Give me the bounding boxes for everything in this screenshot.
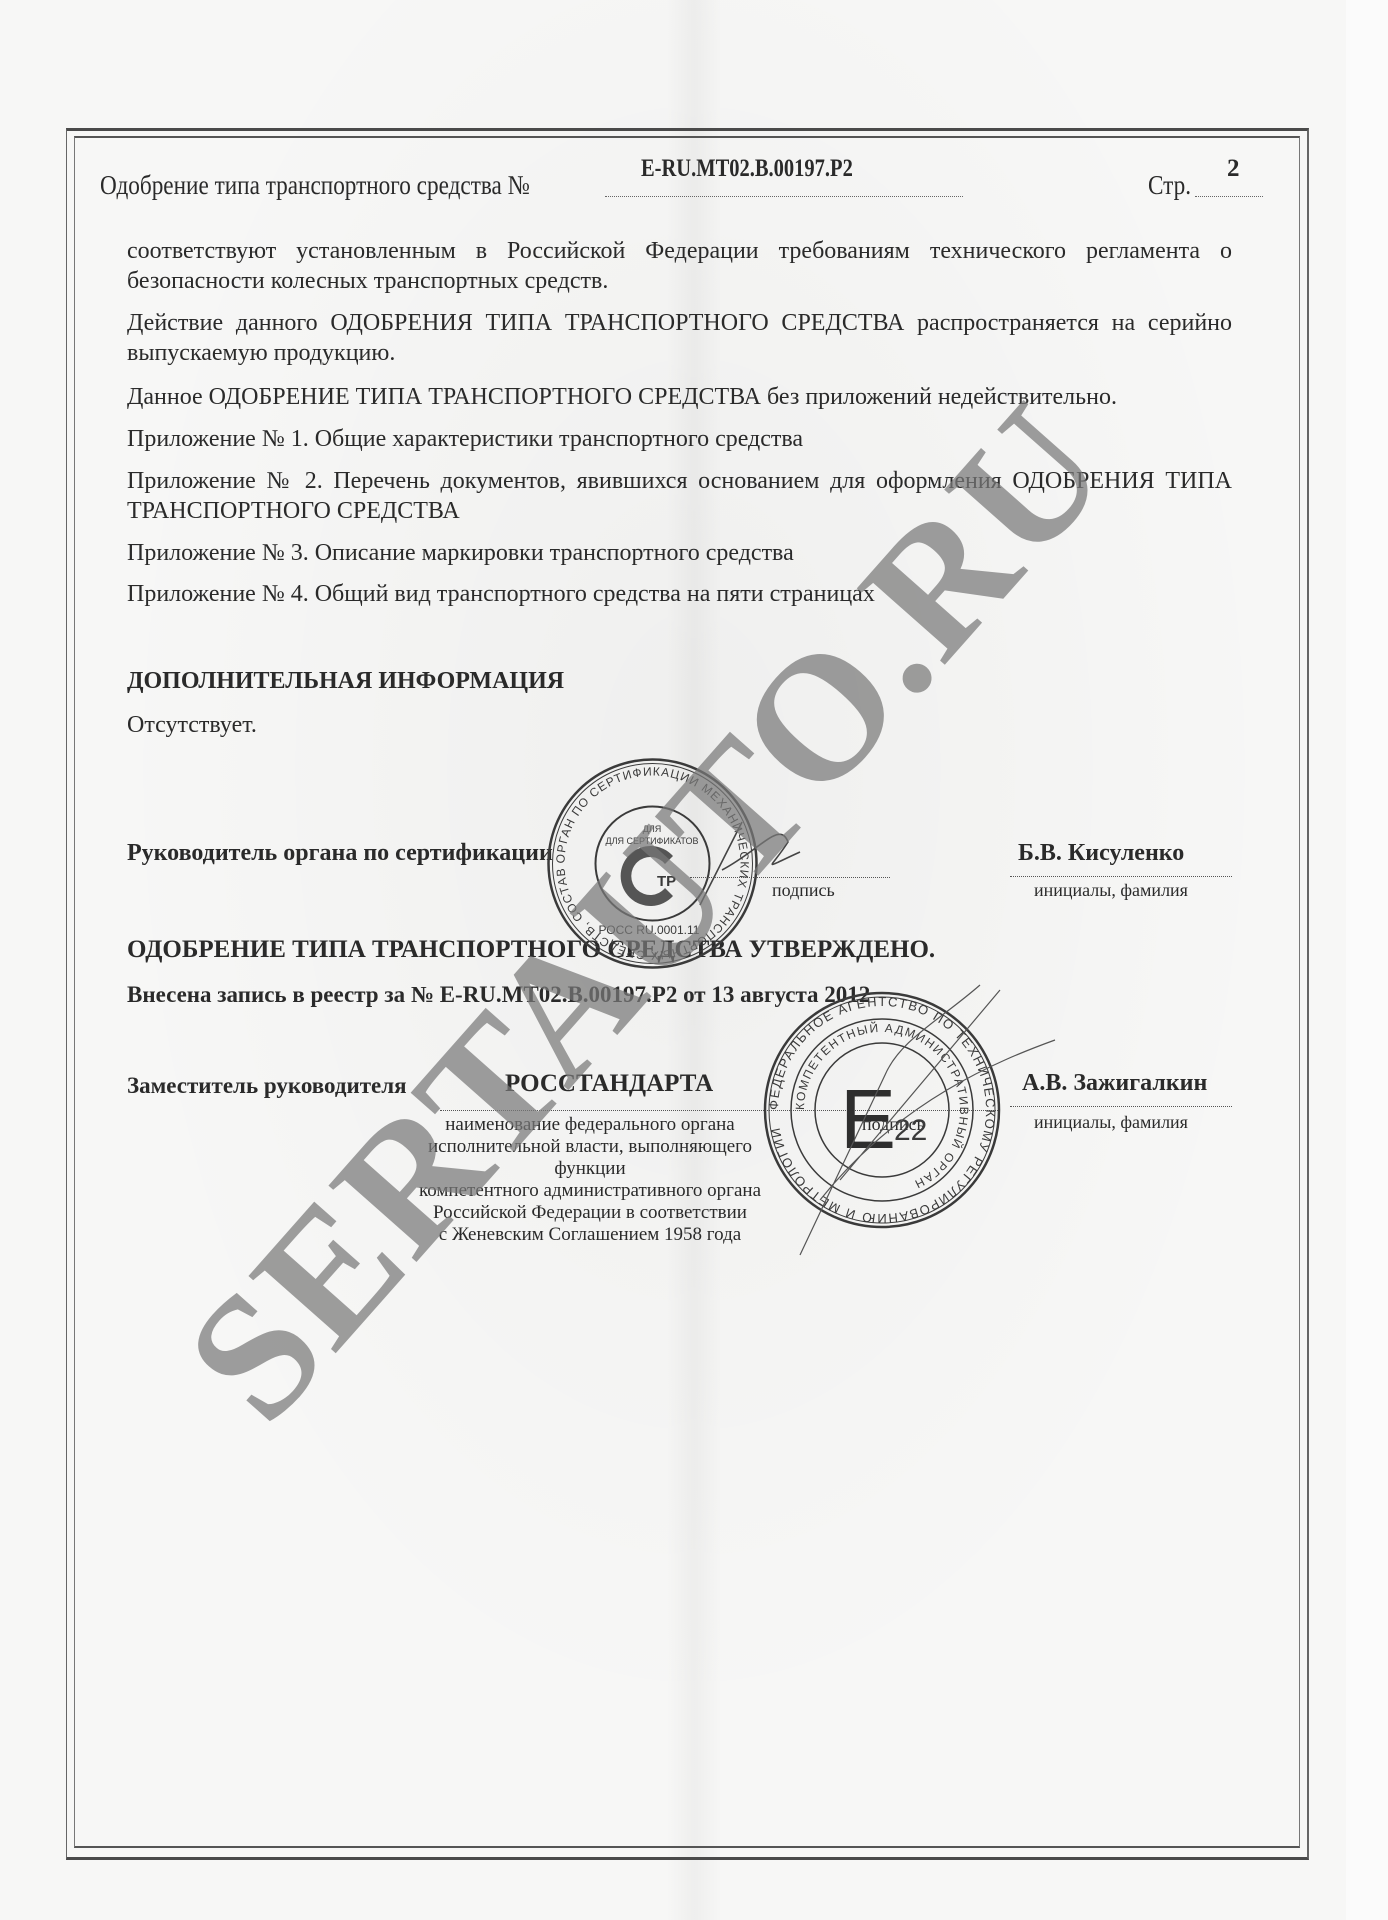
signatory-1-name-caption: инициалы, фамилия [1034,880,1188,901]
signatory-1-name-line [1010,876,1232,877]
signatory-2-name-line [1010,1106,1232,1107]
signature-1-line [690,877,890,878]
annex-1: Приложение № 1. Общие характеристики тра… [127,424,1232,454]
page-label: Стр. [1148,170,1191,201]
signatory-2-organization: РОССТАНДАРТА [505,1070,713,1098]
organization-caption-line-4: Российской Федерации в соответствии [400,1202,780,1224]
signature-1-caption: подпись [772,880,835,901]
organization-caption-line-1: наименование федерального органа [400,1114,780,1136]
signatory-2-name-caption: инициалы, фамилия [1034,1112,1188,1133]
organization-caption-line-5: с Женевским Соглашением 1958 года [400,1224,780,1246]
annex-3: Приложение № 3. Описание маркировки тран… [127,538,1232,568]
additional-info-text: Отсутствует. [127,710,1232,740]
signatory-1-name: Б.В. Кисуленко [1018,840,1184,867]
header-number-underline [605,196,963,197]
signatory-2-role: Заместитель руководителя [127,1073,407,1099]
page-underline [1195,196,1263,197]
signature-2-caption: подпись [862,1114,925,1135]
organization-caption-line-3: компетентного административного органа [400,1180,780,1202]
organization-caption-line-2: исполнительной власти, выполняющего функ… [400,1136,780,1180]
annex-4: Приложение № 4. Общий вид транспортного … [127,579,1232,609]
approval-heading: ОДОБРЕНИЕ ТИПА ТРАНСПОРТНОГО СРЕДСТВА УТ… [127,936,935,964]
registry-record: Внесена запись в реестр за № E-RU.MT02.B… [127,982,870,1008]
paragraph-compliance: соответствуют установленным в Российской… [127,236,1232,296]
signatory-2-name: А.В. Зажигалкин [1022,1070,1207,1097]
organization-caption: наименование федерального органа исполни… [400,1114,780,1246]
annex-2: Приложение № 2. Перечень документов, яви… [127,466,1232,526]
page-number: 2 [1227,155,1240,183]
paragraph-validity: Данное ОДОБРЕНИЕ ТИПА ТРАНСПОРТНОГО СРЕД… [127,382,1232,412]
header-label: Одобрение типа транспортного средства № [100,170,530,201]
organization-line [440,1110,1000,1111]
additional-info-heading: ДОПОЛНИТЕЛЬНАЯ ИНФОРМАЦИЯ [127,666,1232,696]
signatory-1-role: Руководитель органа по сертификации [127,840,553,867]
paragraph-serial-production: Действие данного ОДОБРЕНИЯ ТИПА ТРАНСПОР… [127,308,1232,368]
scan-margin [1346,0,1388,1920]
approval-number: E-RU.MT02.B.00197.P2 [641,155,853,183]
